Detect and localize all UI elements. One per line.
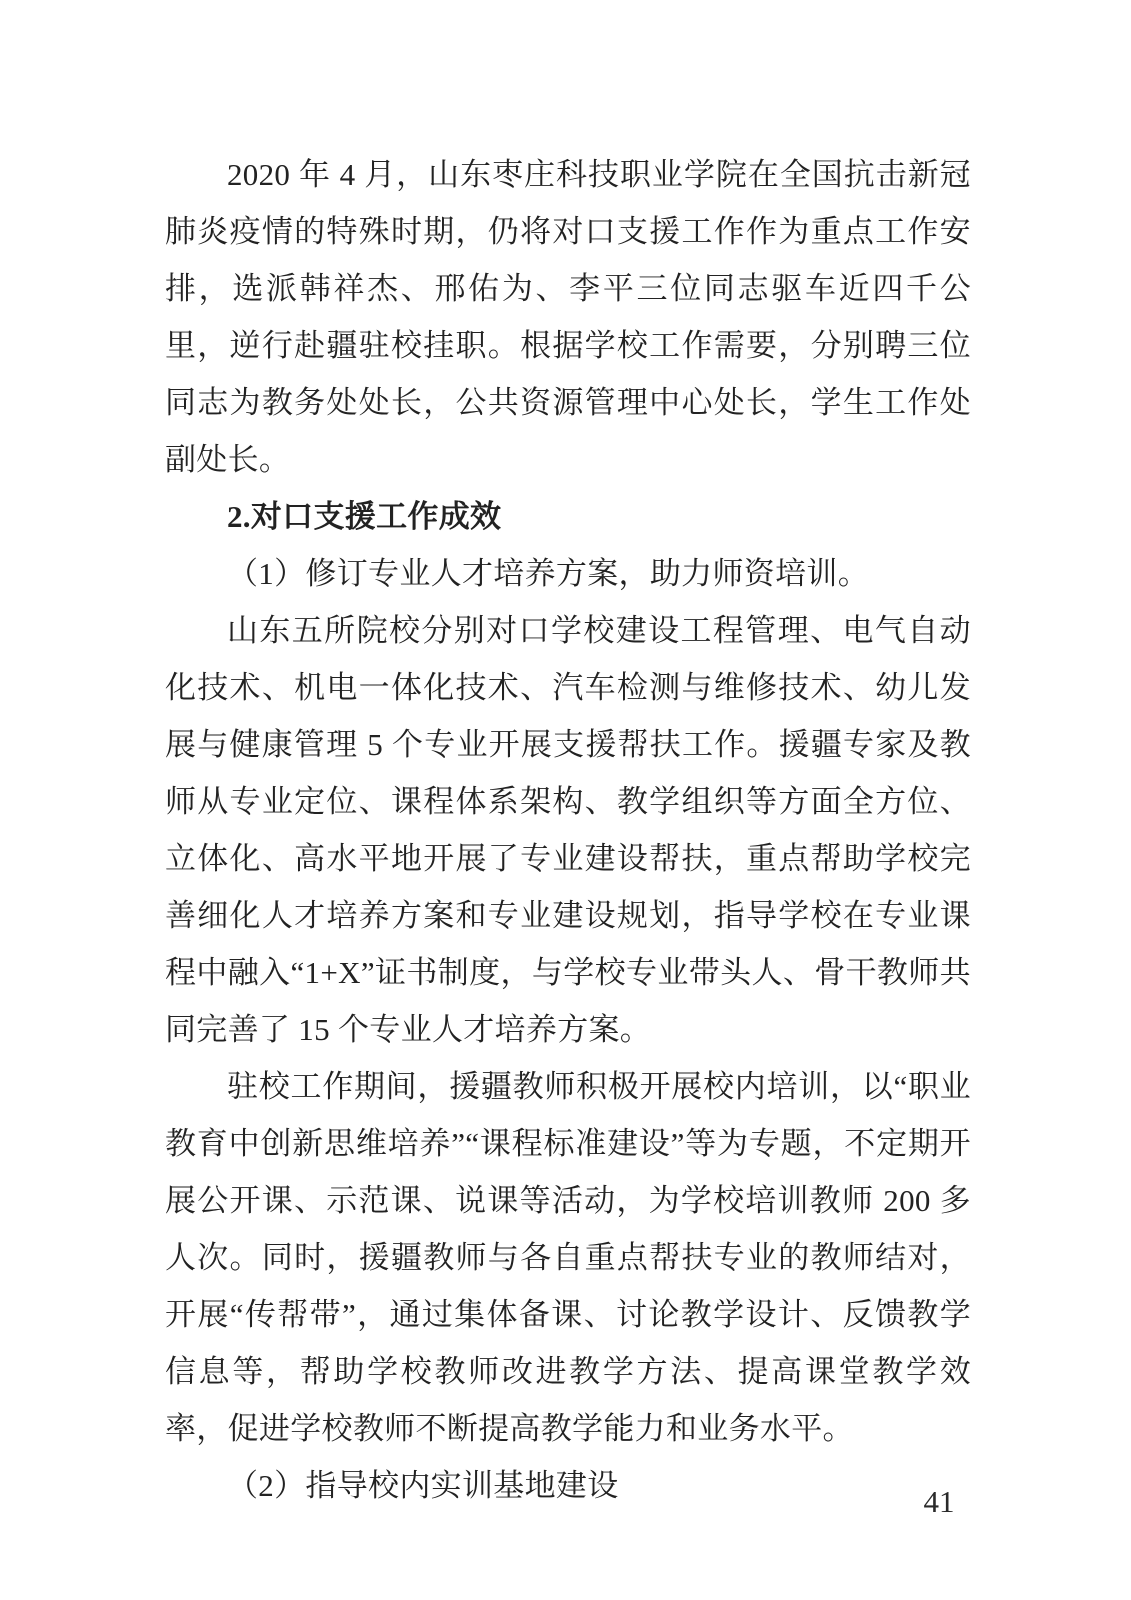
document-page: 2020 年 4 月，山东枣庄科技职业学院在全国抗击新冠肺炎疫情的特殊时期，仍将… bbox=[0, 0, 1131, 1600]
page-number: 41 bbox=[903, 1482, 975, 1522]
paragraph: 山东五所院校分别对口学校建设工程管理、电气自动化技术、机电一体化技术、汽车检测与… bbox=[165, 602, 971, 1058]
document-body: 2020 年 4 月，山东枣庄科技职业学院在全国抗击新冠肺炎疫情的特殊时期，仍将… bbox=[165, 146, 971, 1514]
section-heading: 2.对口支援工作成效 bbox=[165, 488, 971, 545]
paragraph: （2）指导校内实训基地建设 bbox=[165, 1457, 971, 1514]
paragraph: 驻校工作期间，援疆教师积极开展校内培训，以“职业教育中创新思维培养”“课程标准建… bbox=[165, 1058, 971, 1457]
paragraph: （1）修订专业人才培养方案，助力师资培训。 bbox=[165, 545, 971, 602]
paragraph: 2020 年 4 月，山东枣庄科技职业学院在全国抗击新冠肺炎疫情的特殊时期，仍将… bbox=[165, 146, 971, 488]
